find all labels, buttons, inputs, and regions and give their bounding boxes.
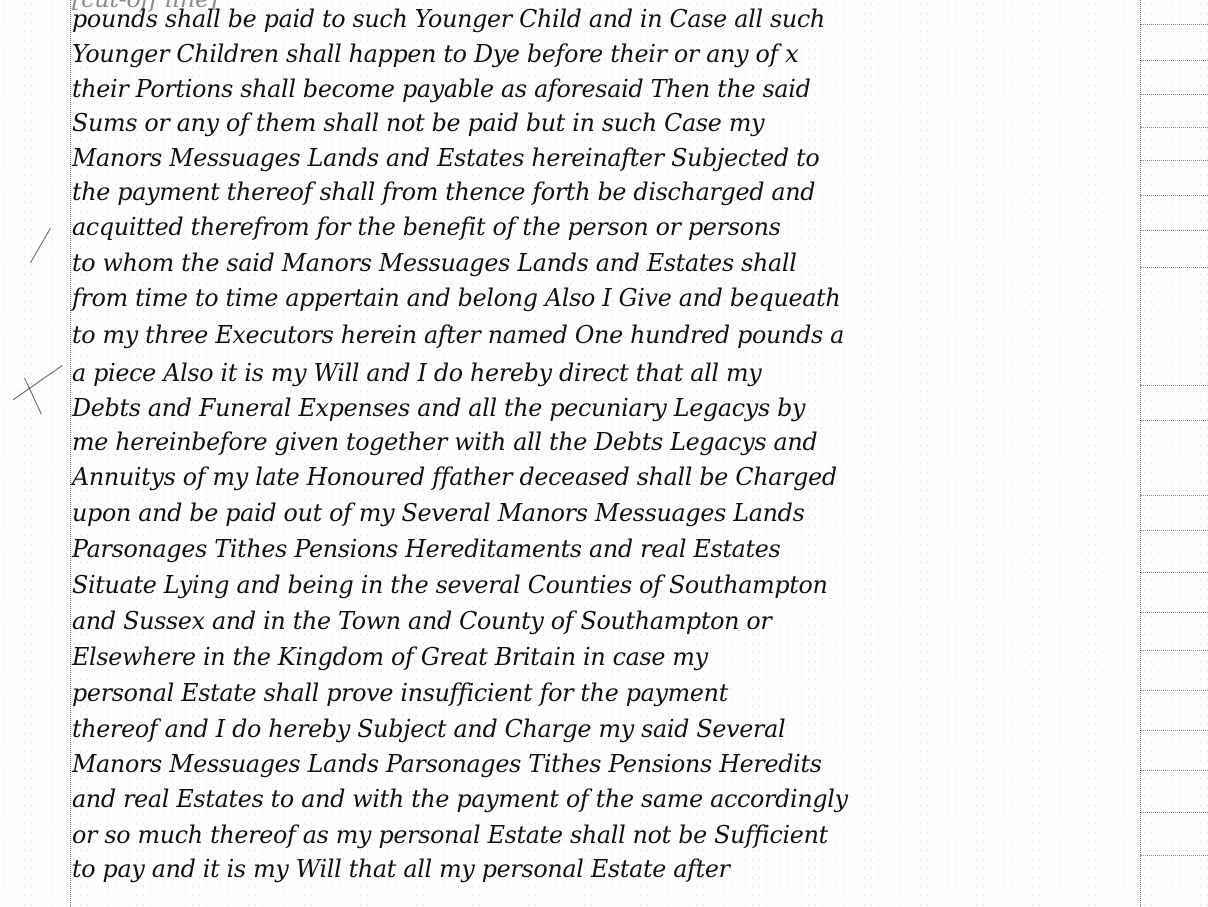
margin-pencil-mark xyxy=(24,378,42,415)
text-line: to whom the said Manors Messuages Lands … xyxy=(72,246,1132,280)
ruled-line xyxy=(1140,730,1208,731)
ruled-line xyxy=(1140,572,1208,573)
ruled-line xyxy=(1140,420,1208,421)
ruled-line xyxy=(1140,385,1208,386)
ruled-line xyxy=(1140,60,1208,61)
ruled-line xyxy=(1140,267,1208,268)
text-line: acquitted therefrom for the benefit of t… xyxy=(72,210,1132,244)
ruled-line xyxy=(1140,24,1208,25)
margin-pencil-mark xyxy=(13,365,63,400)
text-line: Annuitys of my late Honoured ffather dec… xyxy=(72,460,1132,494)
text-line: Situate Lying and being in the several C… xyxy=(72,568,1132,602)
text-line: Elsewhere in the Kingdom of Great Britai… xyxy=(72,640,1132,674)
text-line: to pay and it is my Will that all my per… xyxy=(72,852,1132,886)
margin-pencil-mark xyxy=(30,228,51,263)
text-line: personal Estate shall prove insufficient… xyxy=(72,676,1132,710)
ruled-line xyxy=(1140,812,1208,813)
ruled-line xyxy=(1140,690,1208,691)
text-line: Sums or any of them shall not be paid bu… xyxy=(72,106,1132,140)
text-line: their Portions shall become payable as a… xyxy=(72,72,1132,106)
text-line: the payment thereof shall from thence fo… xyxy=(72,175,1132,209)
ruled-line xyxy=(1140,770,1208,771)
ruled-line xyxy=(1140,612,1208,613)
left-margin-rule xyxy=(70,0,71,907)
text-line: or so much thereof as my personal Estate… xyxy=(72,818,1132,852)
text-line: Younger Children shall happen to Dye bef… xyxy=(72,37,1132,71)
ruled-line xyxy=(1140,195,1208,196)
manuscript-page: [cut-off line] pounds shall be paid to s… xyxy=(0,0,1208,907)
text-line: and Sussex and in the Town and County of… xyxy=(72,604,1132,638)
ruled-line xyxy=(1140,160,1208,161)
text-line: Manors Messuages Lands Parsonages Tithes… xyxy=(72,747,1132,781)
text-line: and real Estates to and with the payment… xyxy=(72,782,1132,816)
text-line: upon and be paid out of my Several Manor… xyxy=(72,496,1132,530)
ruled-line xyxy=(1140,530,1208,531)
ruled-line xyxy=(1140,650,1208,651)
ruled-line xyxy=(1140,230,1208,231)
ruled-line xyxy=(1140,855,1208,856)
text-line: from time to time appertain and belong A… xyxy=(72,281,1132,315)
text-line: Parsonages Tithes Pensions Hereditaments… xyxy=(72,532,1132,566)
text-line: thereof and I do hereby Subject and Char… xyxy=(72,712,1132,746)
text-line: me hereinbefore given together with all … xyxy=(72,425,1132,459)
text-line: Manors Messuages Lands and Estates herei… xyxy=(72,141,1132,175)
ruled-line xyxy=(1140,495,1208,496)
text-line: pounds shall be paid to such Younger Chi… xyxy=(72,2,1132,36)
text-line: to my three Executors herein after named… xyxy=(72,318,1132,352)
ruled-line xyxy=(1140,127,1208,128)
text-line: a piece Also it is my Will and I do here… xyxy=(72,356,1132,390)
text-line: Debts and Funeral Expenses and all the p… xyxy=(72,391,1132,425)
ruled-line xyxy=(1140,94,1208,95)
